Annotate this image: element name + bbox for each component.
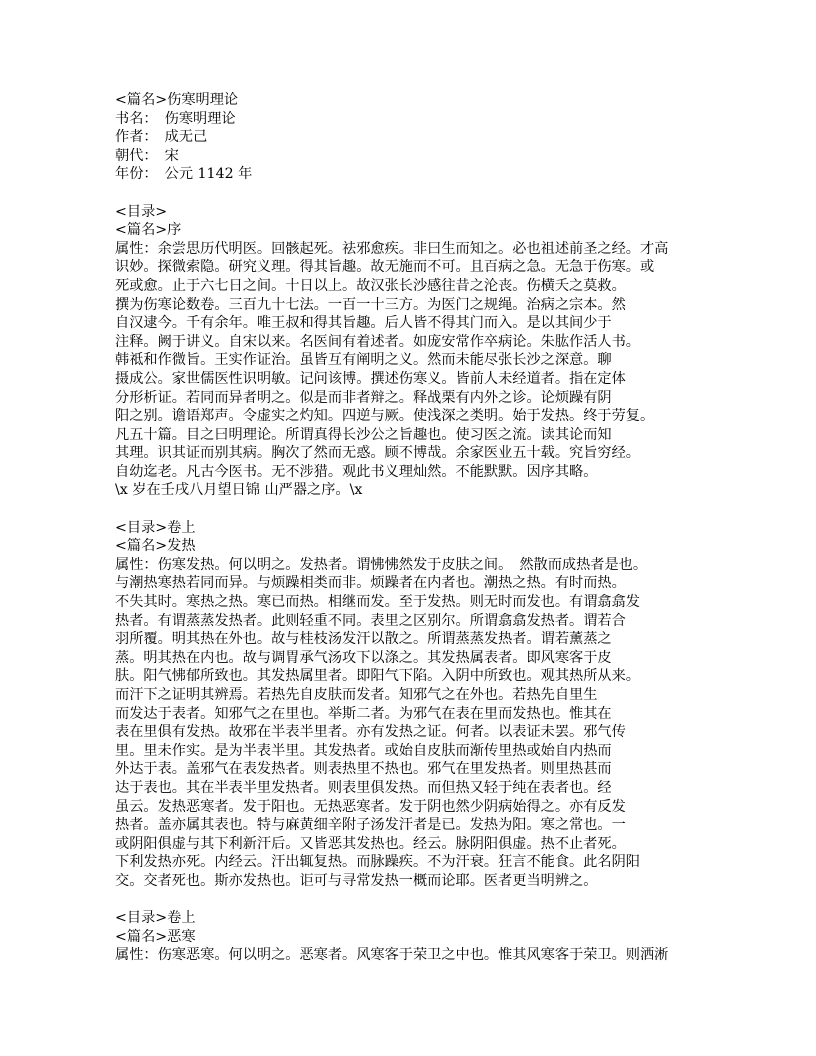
text-line: 表在里俱有发热。故邪在半表半里者。亦有发热之证。何者。以表证未罢。邪气传 xyxy=(115,723,798,742)
text-line: 分形析证。若同而异者明之。似是而非者辩之。释战栗有内外之诊。论烦躁有阴 xyxy=(115,389,798,408)
text-line: 热者。盖亦属其表也。特与麻黄细辛附子汤发汗者是已。发热为阳。寒之常也。一 xyxy=(115,816,798,835)
text-line: 韩祗和作微旨。王实作证治。虽皆互有阐明之义。然而未能尽张长沙之深意。聊 xyxy=(115,351,798,370)
text-block-aversion-to-cold-section: <目录>卷上<篇名>恶寒属性：伤寒恶寒。何以明之。恶寒者。风寒客于荣卫之中也。惟… xyxy=(115,909,798,965)
text-line: 达于表也。其在半表半里发热者。则表里俱发热。而但热又轻于纯在表者也。经 xyxy=(115,779,798,798)
text-line: 里。里未作实。是为半表半里。其发热者。或始自皮肤而渐传里热或始自内热而 xyxy=(115,742,798,761)
text-line: 年份： 公元 1142 年 xyxy=(115,165,798,184)
text-line: 而发达于表者。知邪气之在里也。举斯二者。为邪气在表在里而发热也。惟其在 xyxy=(115,705,798,724)
text-line: 作者： 成无己 xyxy=(115,128,798,147)
text-line: \x 岁在壬戌八月望日锦 山严器之序。\x xyxy=(115,481,798,500)
text-line: <目录>卷上 xyxy=(115,519,798,538)
text-line: 识妙。探微索隐。研究义理。得其旨趣。故无施而不可。且百病之急。无急于伤寒。或 xyxy=(115,258,798,277)
text-line: 羽所覆。明其热在外也。故与桂枝汤发汗以散之。所谓蒸蒸发热者。谓若薰蒸之 xyxy=(115,630,798,649)
text-line: 书名： 伤寒明理论 xyxy=(115,110,798,129)
text-line: 热者。有谓蒸蒸发热者。此则轻重不同。表里之区别尔。所谓翕翕发热者。谓若合 xyxy=(115,612,798,631)
document-text: <篇名>伤寒明理论书名： 伤寒明理论作者： 成无己朝代： 宋年份： 公元 114… xyxy=(115,91,798,965)
text-line: 凡五十篇。目之曰明理论。所谓真得长沙公之旨趣也。使习医之流。读其论而知 xyxy=(115,426,798,445)
text-line: 或阴阳俱虚与其下利新汗后。又皆恶其发热也。经云。脉阴阳俱虚。热不止者死。 xyxy=(115,835,798,854)
text-line: 朝代： 宋 xyxy=(115,147,798,166)
text-line: <篇名>发热 xyxy=(115,537,798,556)
text-line: 不失其时。寒热之热。寒已而热。相继而发。至于发热。则无时而发也。有谓翕翕发 xyxy=(115,593,798,612)
text-line: 肤。阳气怫郁所致也。其发热属里者。即阳气下陷。入阴中所致也。观其热所从来。 xyxy=(115,667,798,686)
text-line: 阳之别。谵语郑声。令虚实之灼知。四逆与厥。使浅深之类明。始于发热。终于劳复。 xyxy=(115,407,798,426)
document-page: <篇名>伤寒明理论书名： 伤寒明理论作者： 成无己朝代： 宋年份： 公元 114… xyxy=(0,0,816,1056)
text-line: 蒸。明其热在内也。故与调胃承气汤攻下以涤之。其发热属表者。即风寒客于皮 xyxy=(115,649,798,668)
text-line: 其理。识其证而别其病。胸次了然而无惑。顾不博哉。余家医业五十载。究旨穷经。 xyxy=(115,444,798,463)
text-line: 自汉逮今。千有余年。唯王叔和得其旨趣。后人皆不得其门而入。是以其间少于 xyxy=(115,314,798,333)
text-line: <篇名>序 xyxy=(115,221,798,240)
text-line: 注释。阙于讲义。自宋以来。名医间有着述者。如庞安常作卒病论。朱肱作活人书。 xyxy=(115,333,798,352)
text-line: <篇名>恶寒 xyxy=(115,928,798,947)
text-line: 自幼迄老。凡古今医书。无不涉猎。观此书义理灿然。不能默默。因序其略。 xyxy=(115,463,798,482)
text-line: 与潮热寒热若同而异。与烦躁相类而非。烦躁者在内者也。潮热之热。有时而热。 xyxy=(115,574,798,593)
text-block-preface: <目录><篇名>序属性：余尝思历代明医。回骸起死。祛邪愈疾。非曰生而知之。必也祖… xyxy=(115,203,798,501)
text-block-meta: <篇名>伤寒明理论书名： 伤寒明理论作者： 成无己朝代： 宋年份： 公元 114… xyxy=(115,91,798,184)
text-line: <目录> xyxy=(115,203,798,222)
text-line: 外达于表。盖邪气在表发热者。则表热里不热也。邪气在里发热者。则里热甚而 xyxy=(115,760,798,779)
text-line: <目录>卷上 xyxy=(115,909,798,928)
text-line: 属性：伤寒发热。何以明之。发热者。谓怫怫然发于皮肤之间。 然散而成热者是也。 xyxy=(115,556,798,575)
text-line: 而汗下之证明其辨焉。若热先自皮肤而发者。知邪气之在外也。若热先自里生 xyxy=(115,686,798,705)
text-line: 摄成公。家世儒医性识明敏。记问该博。撰述伤寒义。皆前人未经道者。指在定体 xyxy=(115,370,798,389)
text-line: 属性：余尝思历代明医。回骸起死。祛邪愈疾。非曰生而知之。必也祖述前圣之经。才高 xyxy=(115,240,798,259)
text-line: 交。交者死也。斯亦发热也。讵可与寻常发热一概而论耶。医者更当明辨之。 xyxy=(115,872,798,891)
text-line: 虽云。发热恶寒者。发于阳也。无热恶寒者。发于阴也然少阴病始得之。亦有反发 xyxy=(115,798,798,817)
text-line: 下利发热亦死。内经云。汗出辄复热。而脉躁疾。不为汗衰。狂言不能食。此名阴阳 xyxy=(115,853,798,872)
text-line: 撰为伤寒论数卷。三百九十七法。一百一十三方。为医门之规绳。治病之宗本。然 xyxy=(115,296,798,315)
text-line: <篇名>伤寒明理论 xyxy=(115,91,798,110)
text-line: 死或愈。止于六七日之间。十日以上。故汉张长沙感往昔之沦丧。伤横夭之莫救。 xyxy=(115,277,798,296)
text-line: 属性：伤寒恶寒。何以明之。恶寒者。风寒客于荣卫之中也。惟其风寒客于荣卫。则洒淅 xyxy=(115,946,798,965)
text-block-fever-section: <目录>卷上<篇名>发热属性：伤寒发热。何以明之。发热者。谓怫怫然发于皮肤之间。… xyxy=(115,519,798,891)
